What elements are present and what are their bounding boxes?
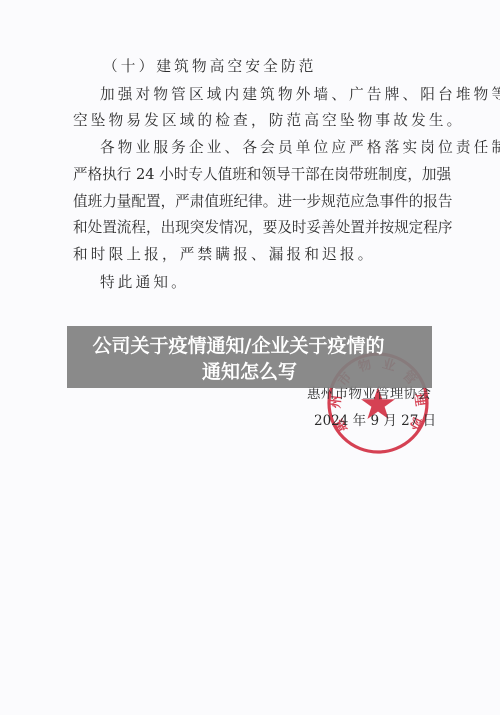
paragraph-2-line-4: 和处置流程，出现突发情况，要及时妥善处置并按规定程序 <box>73 218 430 238</box>
paragraph-2-line-2: 严格执行 24 小时专人值班和领导干部在岗带班制度，加强 <box>73 165 430 185</box>
paragraph-2-line-3: 值班力量配置，严肃值班纪律。进一步规范应急事件的报告 <box>73 192 430 212</box>
paragraph-2-line-1: 各物业服务企业、各会员单位应严格落实岗位责任制， <box>100 138 457 158</box>
banner-title-line-1: 公司关于疫情通知/企业关于疫情的 <box>67 334 432 358</box>
paragraph-2-line-5: 和时限上报，严禁瞒报、漏报和迟报。 <box>73 245 430 265</box>
title-overlay-banner: 公司关于疫情通知/企业关于疫情的 通知怎么写 <box>67 326 432 388</box>
section-heading: （十）建筑物高空安全防范 <box>103 57 460 77</box>
issue-date: 2024 年 9 月 27 日 <box>314 411 429 431</box>
banner-title-line-2: 通知怎么写 <box>67 360 432 384</box>
closing-text: 特此通知。 <box>100 273 457 293</box>
paragraph-1-line-1: 加强对物管区域内建筑物外墙、广告牌、阳台堆物等高 <box>100 85 430 105</box>
paragraph-1-line-2: 空坠物易发区域的检查，防范高空坠物事故发生。 <box>73 111 430 131</box>
scanned-document-page: （十）建筑物高空安全防范 加强对物管区域内建筑物外墙、广告牌、阳台堆物等高 空坠… <box>0 0 500 715</box>
